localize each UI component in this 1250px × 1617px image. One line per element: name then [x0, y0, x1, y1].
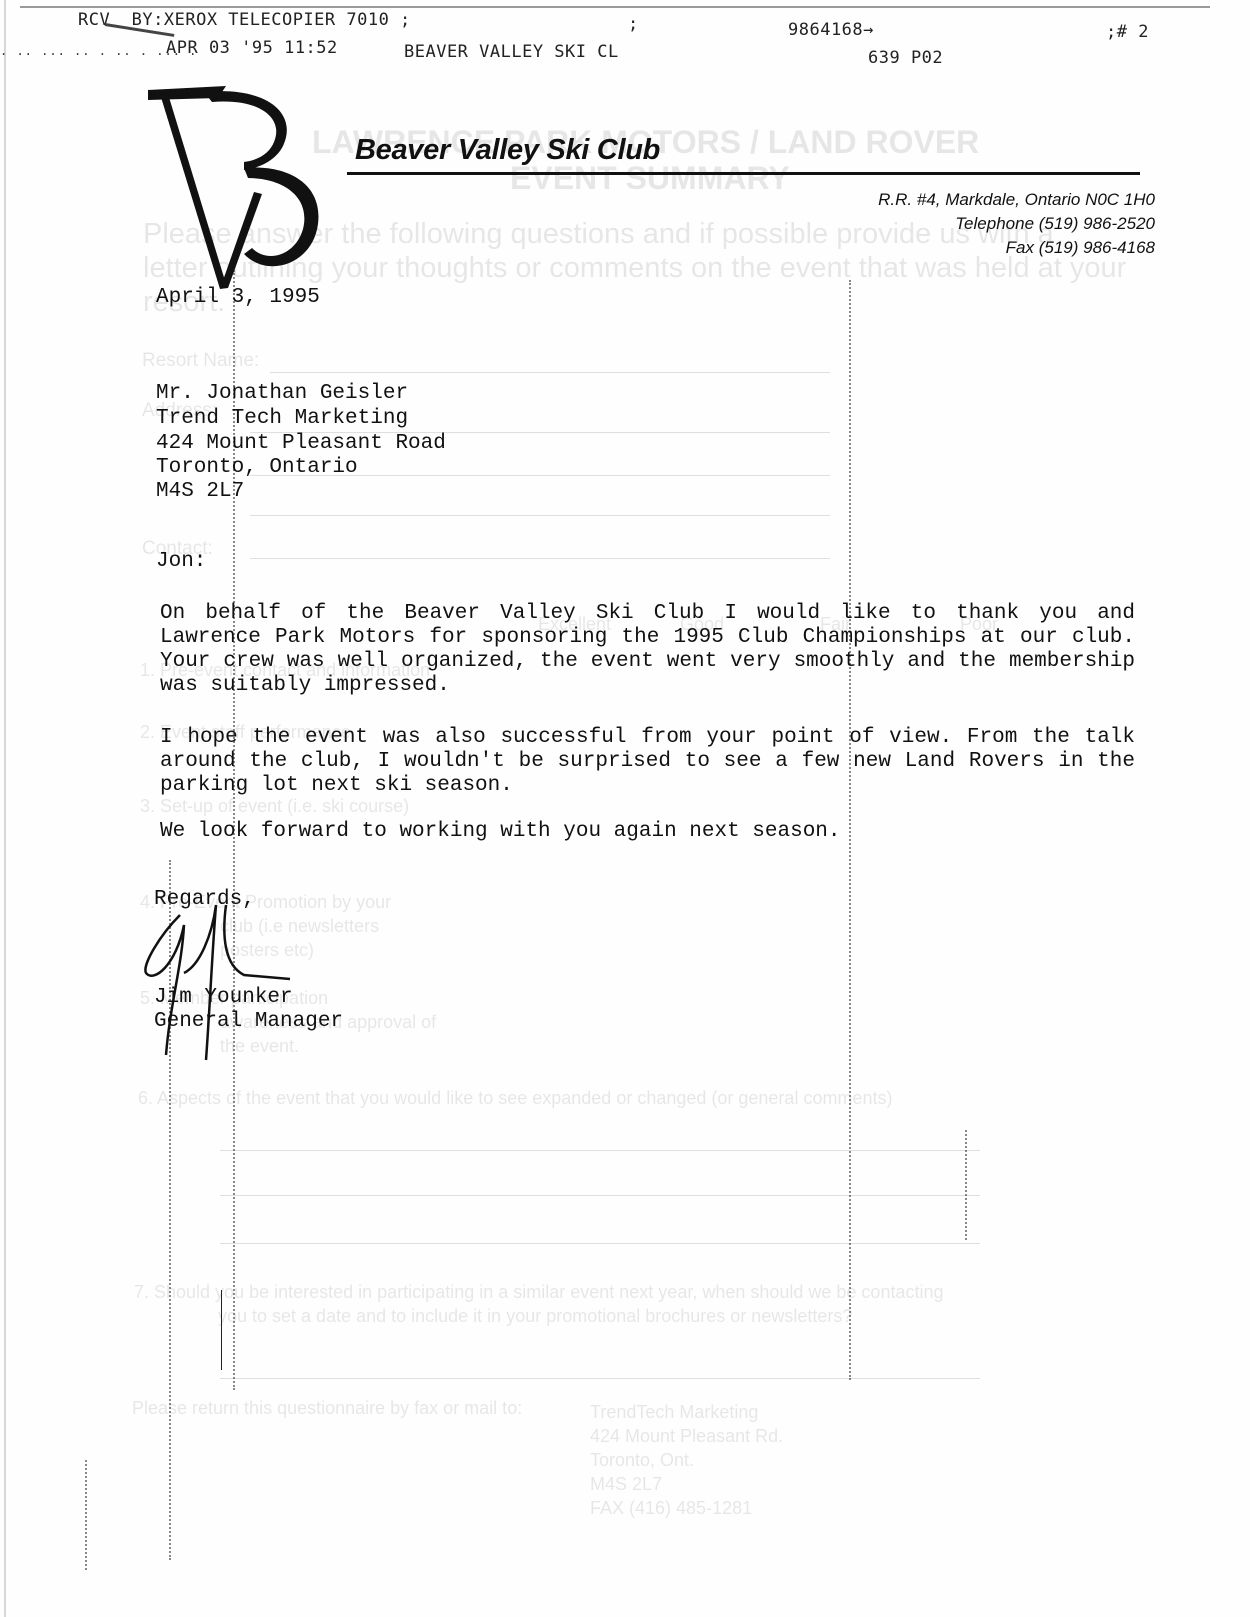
- fax-datetime: APR 03 '95 11:52: [166, 38, 338, 58]
- ghost-question-7-line2: you to set a date and to include it in y…: [218, 1306, 852, 1327]
- scan-streak: [85, 1460, 89, 1570]
- fax-page-code: 639 P02: [868, 48, 943, 68]
- ghost-field-line: [250, 515, 830, 516]
- club-logo-icon: [148, 84, 338, 294]
- letter-date: April 3, 1995: [156, 286, 320, 310]
- recipient-street: 424 Mount Pleasant Road: [156, 432, 446, 456]
- ghost-return-address: TrendTech Marketing: [590, 1402, 758, 1423]
- salutation: Jon:: [156, 550, 206, 574]
- recipient-postal-code: M4S 2L7: [156, 480, 244, 504]
- club-address: R.R. #4, Markdale, Ontario N0C 1H0: [878, 190, 1155, 210]
- body-paragraph-1: On behalf of the Beaver Valley Ski Club …: [160, 602, 1135, 698]
- club-fax: Fax (519) 986-4168: [1006, 238, 1155, 258]
- fax-separator: ;: [628, 14, 639, 34]
- signature-icon: [140, 895, 300, 1065]
- signer-title: General Manager: [154, 1010, 343, 1034]
- ghost-return-address: M4S 2L7: [590, 1474, 662, 1495]
- fax-sender: BEAVER VALLEY SKI CL: [404, 42, 619, 62]
- ghost-field-line: [220, 1150, 980, 1151]
- ghost-field-line: [220, 1195, 980, 1196]
- fax-page-marker: ;# 2: [1106, 22, 1149, 42]
- ghost-field-line: [220, 1378, 980, 1379]
- ghost-resort-label: Resort Name:: [142, 350, 259, 372]
- ghost-question-7: 7. Should you be interested in participa…: [134, 1282, 944, 1303]
- recipient-company: Trend Tech Marketing: [156, 407, 408, 431]
- scan-streak: [965, 1130, 969, 1240]
- ghost-question-6: 6. Aspects of the event that you would l…: [138, 1088, 892, 1109]
- ghost-return-address: FAX (416) 485-1281: [590, 1498, 752, 1519]
- body-paragraph-3: We look forward to working with you agai…: [160, 820, 1135, 844]
- ghost-return-address: 424 Mount Pleasant Rd.: [590, 1426, 783, 1447]
- recipient-city: Toronto, Ontario: [156, 456, 358, 480]
- scan-streak: [221, 1290, 222, 1370]
- ghost-field-line: [250, 558, 830, 559]
- ghost-field-line: [220, 1243, 980, 1244]
- fax-page: RCV BY:XEROX TELECOPIER 7010 ; ; 9864168…: [0, 0, 1250, 1617]
- letterhead-rule: [347, 172, 1140, 175]
- ghost-field-line: [270, 372, 830, 373]
- ghost-return-address: Toronto, Ont.: [590, 1450, 694, 1471]
- body-paragraph-2: I hope the event was also successful fro…: [160, 726, 1135, 798]
- recipient-name: Mr. Jonathan Geisler: [156, 382, 408, 406]
- fax-top-line: [20, 6, 1210, 8]
- club-name: Beaver Valley Ski Club: [355, 134, 660, 167]
- page-edge: [4, 0, 6, 1617]
- signer-name: Jim Younker: [154, 986, 293, 1010]
- club-telephone: Telephone (519) 986-2520: [955, 214, 1155, 234]
- ghost-question-3: 3. Set-up of event (i.e. ski course): [140, 796, 409, 817]
- fax-phone-number: 9864168→: [788, 20, 874, 40]
- ghost-return-instruction: Please return this questionnaire by fax …: [132, 1398, 522, 1419]
